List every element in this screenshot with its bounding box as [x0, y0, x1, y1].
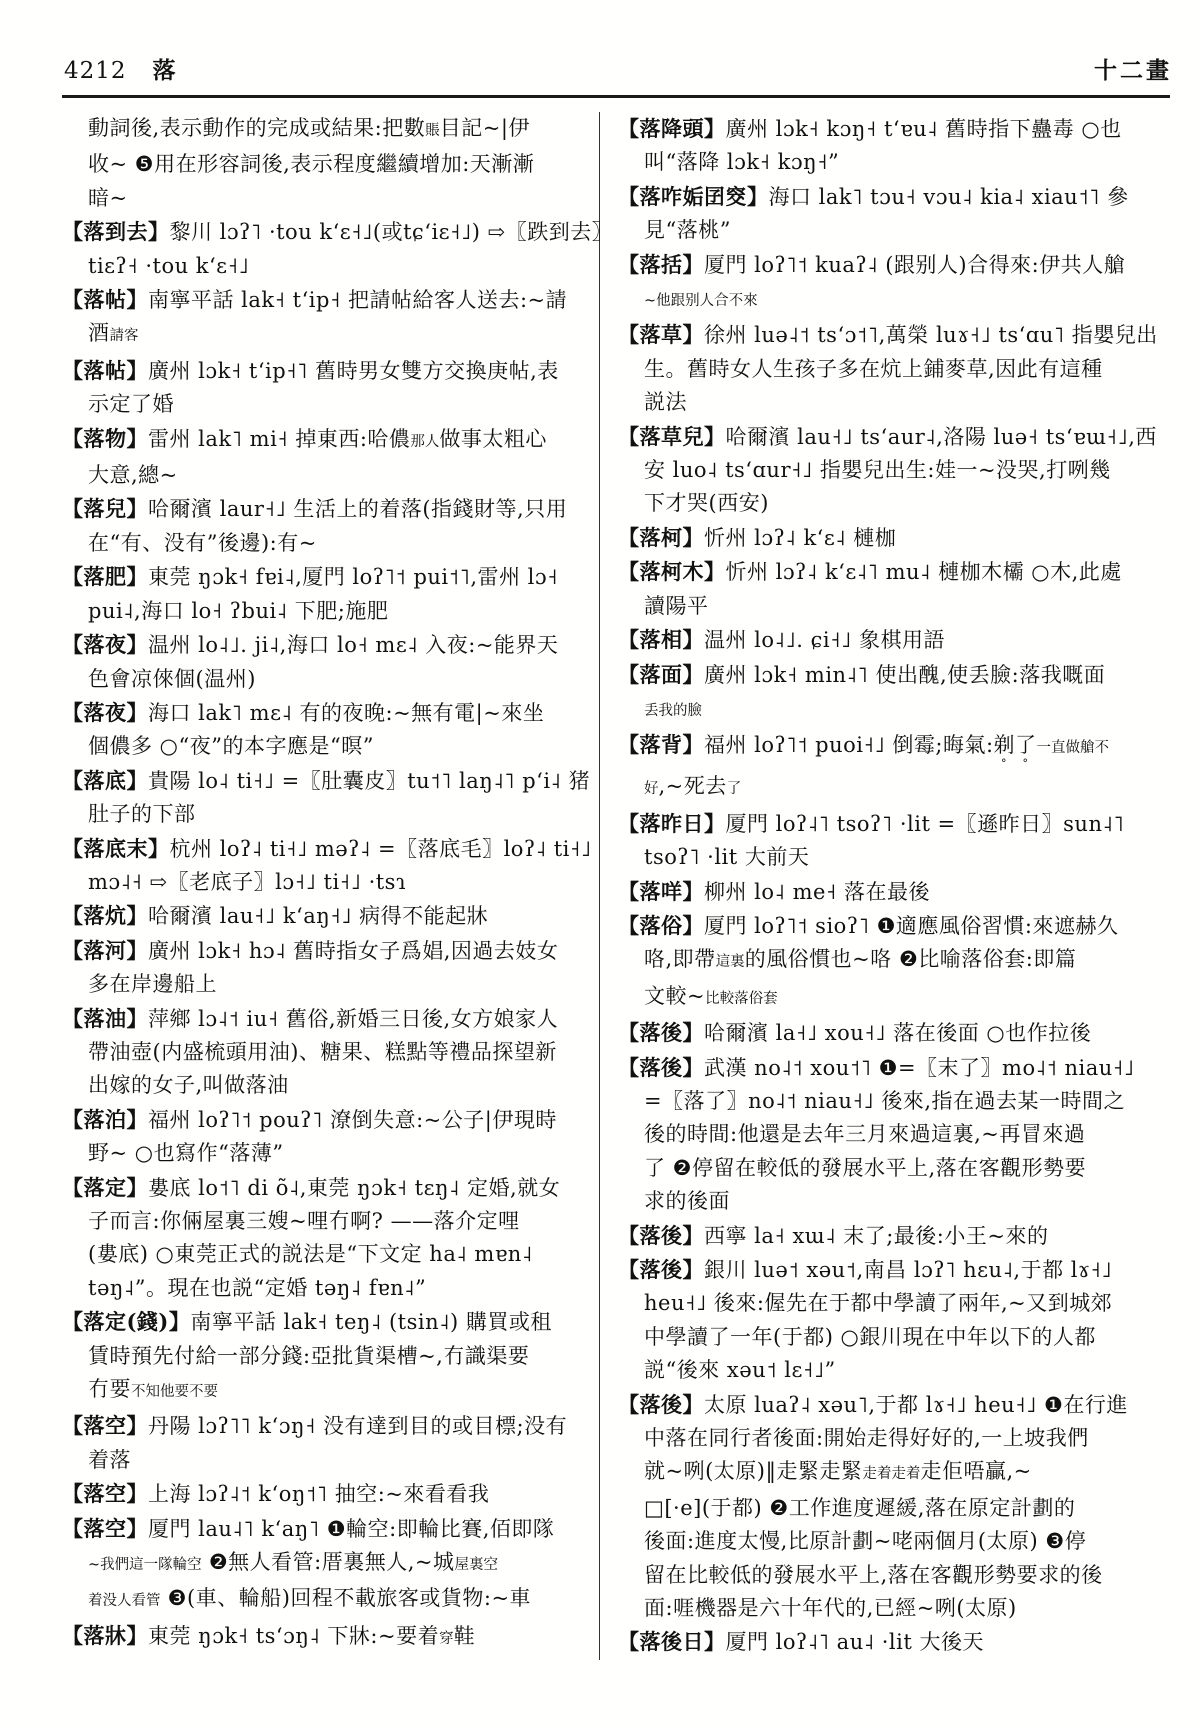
entry-line: 叫“落降 lɔk˧ kɔŋ˧”: [618, 146, 1138, 179]
entry-line: ~他跟别人合不來: [618, 282, 1138, 318]
stroke-count-label: 十二畫: [1094, 52, 1172, 85]
entry-line: 【落肥】東莞 ŋɔk˧ fɐi˨,厦門 loʔ˥˦ pui˦˥,雷州 lɔ˧: [62, 560, 586, 594]
entry-line: 【落物】雷州 lak˥ mi˧ 掉東西:哈儂那人做事太粗心: [62, 422, 586, 459]
entry-line: 後的時間:他還是去年三月來過這裏,~再冒來過: [618, 1118, 1138, 1151]
entry-line: 中落在同行者後面:開始走得好好的,一上坡我們: [618, 1422, 1138, 1455]
entry-text: ❷無人看管:厝裏無人,~城: [202, 1550, 455, 1574]
entry-line: 着落: [62, 1444, 586, 1477]
entry-text: 下才哭(西安): [644, 491, 769, 515]
entry-headword: 【落降頭】: [618, 116, 726, 141]
entry-text: =〖落了〗no˨˦ niau˧˩ 後來,指在過去某一時間之: [644, 1089, 1125, 1113]
entry-text: 剃了: [994, 733, 1037, 757]
dictionary-entry: 動詞後,表示動作的完成或結果:把數賬目記~|伊收~ ❺用在形容詞後,表示程度繼續…: [62, 112, 586, 215]
entry-line: 個儂多 ○“夜”的本字應是“暝”: [62, 730, 586, 763]
entry-line: 冇要不知他要不要: [62, 1373, 586, 1409]
entry-line: 示定了婚: [62, 388, 586, 421]
entry-text: 出嫁的女子,叫做落油: [88, 1073, 289, 1097]
text-columns: 動詞後,表示動作的完成或結果:把數賬目記~|伊收~ ❺用在形容詞後,表示程度繼續…: [62, 112, 1170, 1660]
entry-text: 中落在同行者後面:開始走得好好的,一上坡我們: [644, 1426, 1089, 1450]
entry-line: heu˧˩ 後來:偓先在于都中學讀了兩年,~又到城郊: [618, 1287, 1138, 1320]
dictionary-entry: 【落後】銀川 luə˦ xəu˦,南昌 lɔʔ˥ hɛu˨,于都 lɤ˧˩heu…: [618, 1253, 1138, 1388]
entry-line: 【落空】上海 lɔʔ˨˦ kʻoŋ˦˥ 抽空:~來看看我: [62, 1477, 586, 1511]
dictionary-entry: 【落咩】柳州 lo˨ me˧ 落在最後: [618, 875, 1138, 909]
entry-text: 温州 lo˨˩. ɕi˧˩ 象棋用語: [704, 628, 945, 652]
entry-text: 南寧平話 lak˧ teŋ˨ (tsin˨) 購買或租: [190, 1310, 551, 1334]
entry-line: 着没人看管 ❸(車、輪船)回程不載旅客或貨物:~車: [62, 1582, 586, 1618]
entry-line: 【落後】武漢 no˨˦ xou˦˥ ❶=〖末了〗mo˨˦ niau˧˩: [618, 1051, 1138, 1085]
entry-line: 色會凉倈個(温州): [62, 663, 586, 696]
entry-text: 帶油壺(内盛梳頭用油)、糖果、糕點等禮品探望新: [88, 1040, 557, 1064]
dictionary-entry: 【落泊】福州 loʔ˥˦ pouʔ˥ 潦倒失意:~公子|伊現時野~ ○也寫作“落…: [62, 1103, 586, 1171]
entry-text: 哈爾濱 lau˧˩ kʻaŋ˧˩ 病得不能起牀: [148, 904, 488, 928]
entry-line: 【落後日】厦門 loʔ˨˥ au˨ ·lit 大後天: [618, 1625, 1138, 1659]
entry-text: mɔ˨˧ ⇨〖老底子〗lɔ˧˩ ti˧˩ ·tsɿ: [88, 870, 406, 894]
dictionary-entry: 【落空】上海 lɔʔ˨˦ kʻoŋ˦˥ 抽空:~來看看我: [62, 1477, 586, 1511]
entry-text: 福州 loʔ˥˦ puoi˧˩ 倒霉;晦氣:: [704, 733, 994, 757]
entry-line: 【落帖】廣州 lɔk˧ tʻip˧˥ 舊時男女雙方交換庚帖,表: [62, 354, 586, 388]
entry-text: 叫“落降 lɔk˧ kɔŋ˧”: [644, 150, 839, 174]
gloss-small-text: 好: [644, 781, 659, 797]
dictionary-entry: 【落後】太原 luaʔ˨ xəu˥,于都 lɤ˧˩ heu˧˩ ❶在行進中落在同…: [618, 1388, 1138, 1626]
entry-line: 在“有、没有”後邊):有~: [62, 527, 586, 560]
entry-headword: 【落草兒】: [618, 424, 726, 449]
entry-line: 【落定】婁底 lo˦˥ di õ˨,東莞 ŋɔk˧ tɛŋ˨ 定婚,就女: [62, 1171, 586, 1205]
entry-headword: 【落後】: [618, 1392, 704, 1417]
entry-line: □[·e](于都) ❷工作進度遲緩,落在原定計劃的: [618, 1492, 1138, 1525]
entry-line: 【落降頭】廣州 lɔk˧ kɔŋ˧ tʻɐu˨ 舊時指下蠱毒 ○也: [618, 112, 1138, 146]
entry-headword: 【落昨日】: [618, 811, 726, 836]
entry-line: 求的後面: [618, 1185, 1138, 1218]
entry-text: 了 ❷停留在較低的發展水平上,落在客觀形勢要: [644, 1156, 1086, 1180]
entry-text: 子而言:你倆屋裏三嫂~哩冇啊? ——落介定哩: [88, 1209, 520, 1233]
entry-line: təŋ˨”。現在也説“定婚 təŋ˨ fɐn˨”: [62, 1272, 586, 1305]
entry-text: ,~死去: [659, 774, 727, 798]
entry-line: 安 luo˨ tsʻɑur˧˩ 指嬰兒出生:娃一~没哭,打咧幾: [618, 454, 1138, 487]
dictionary-entry: 【落底】貴陽 lo˨ ti˧˩ =〖肚囊皮〗tu˦˥ laŋ˨˥ pʻi˨ 猪肚…: [62, 764, 586, 832]
entry-headword: 【落相】: [618, 627, 704, 652]
entry-text: 東莞 ŋɔk˧ fɐi˨,厦門 loʔ˥˦ pui˦˥,雷州 lɔ˧: [148, 565, 558, 589]
entry-line: 後面:進度太慢,比原計劃~咾兩個月(太原) ❸停: [618, 1525, 1138, 1558]
entry-headword: 【落俗】: [618, 913, 704, 938]
entry-line: 暗~: [62, 182, 586, 215]
gloss-small-text: 不知他要不要: [131, 1384, 218, 1400]
entry-line: 賃時預先付給一部分錢:亞批貨渠槽~,冇識渠要: [62, 1340, 586, 1373]
entry-line: 【落底末】杭州 loʔ˨ ti˧˩ məʔ˨ =〖落底毛〗loʔ˨ ti˧˩: [62, 832, 586, 866]
entry-line: 讀陽平: [618, 590, 1138, 623]
entry-headword: 【落草】: [618, 322, 704, 347]
dictionary-entry: 【落後日】厦門 loʔ˨˥ au˨ ·lit 大後天: [618, 1625, 1138, 1659]
entry-text: 厦門 lau˨˥ kʻaŋ˥ ❶輪空:即輪比賽,佰即隊: [148, 1517, 554, 1541]
entry-text: 忻州 lɔʔ˨ kʻɛ˨ 槤枷: [704, 526, 896, 550]
entry-text: 西寧 la˧ xɯ˨ 末了;最後:小王~來的: [704, 1224, 1048, 1248]
dictionary-entry: 【落到去】黎川 lɔʔ˥ ·tou kʻɛ˧˩(或tɕʻiɛ˧˩) ⇨〖跌到去〗…: [62, 215, 586, 283]
entry-headword: 【落空】: [62, 1481, 148, 1506]
dictionary-page: 4212 落 十二畫 動詞後,表示動作的完成或結果:把數賬目記~|伊收~ ❺用在…: [0, 0, 1200, 1724]
entry-text: 着落: [88, 1448, 131, 1472]
gloss-small-text: ~他跟别人合不來: [644, 293, 758, 309]
entry-headword: 【落背】: [618, 732, 704, 757]
entry-text: 徐州 luə˨˦ tsʻɔ˦˥,萬榮 luɤ˧˩ tsʻɑu˥ 指嬰兒出: [704, 323, 1158, 347]
dictionary-entry: 【落草兒】哈爾濱 lau˧˩ tsʻaur˨,洛陽 luə˧ tsʻɐɯ˧˩,西…: [618, 420, 1138, 521]
entry-text: 哈爾濱 laur˧˩ 生活上的着落(指錢財等,只用: [148, 497, 567, 521]
dictionary-entry: 【落夜】温州 lo˨˩. ji˨,海口 lo˧ mɛ˨ 入夜:~能界天色會凉倈個…: [62, 628, 586, 696]
entry-text: 厦門 loʔ˥˦ sioʔ˥ ❶適應風俗習慣:來遮赫久: [704, 914, 1119, 938]
entry-text: 太原 luaʔ˨ xəu˥,于都 lɤ˧˩ heu˧˩ ❶在行進: [704, 1393, 1128, 1417]
entry-headword: 【落咩】: [618, 879, 704, 904]
entry-text: 中學讀了一年(于都) ○銀川現在中年以下的人都: [644, 1325, 1096, 1349]
entry-headword: 【落牀】: [62, 1623, 148, 1648]
entry-headword: 【落空】: [62, 1413, 148, 1438]
entry-text: 海口 lak˥ tɔu˧ vɔu˨ kia˨ xiau˦˥ 參: [769, 185, 1129, 209]
dictionary-entry: 【落炕】哈爾濱 lau˧˩ kʻaŋ˧˩ 病得不能起牀: [62, 899, 586, 933]
entry-line: 【落空】厦門 lau˨˥ kʻaŋ˥ ❶輪空:即輪比賽,佰即隊: [62, 1512, 586, 1546]
gloss-small-text: 比較落俗套: [705, 991, 778, 1007]
entry-text: 野~ ○也寫作“落薄”: [88, 1141, 284, 1165]
entry-text: 貴陽 lo˨ ti˧˩ =〖肚囊皮〗tu˦˥ laŋ˨˥ pʻi˨ 猪: [148, 769, 590, 793]
entry-text: 目記~|伊: [440, 116, 530, 140]
entry-text: 求的後面: [644, 1189, 730, 1213]
entry-headword: 【落帖】: [62, 287, 148, 312]
entry-text: 文較~: [644, 984, 705, 1008]
entry-text: 個儂多 ○“夜”的本字應是“暝”: [88, 734, 374, 758]
dictionary-entry: 【落油】萍鄉 lɔ˨˦ iu˧ 舊俗,新婚三日後,女方娘家人帶油壺(内盛梳頭用油…: [62, 1002, 586, 1103]
dictionary-entry: 【落柯】忻州 lɔʔ˨ kʻɛ˨ 槤枷: [618, 521, 1138, 555]
entry-line: 丢我的臉: [618, 692, 1138, 728]
entry-text: 鞋: [454, 1624, 476, 1648]
entry-line: 咯,即帶這裏的風俗慣也~咯 ❷比喻落俗套:即篇: [618, 943, 1138, 979]
entry-text: pui˨,海口 lo˧ ʔbui˨ 下肥;施肥: [88, 599, 388, 623]
entry-headword: 【落後】: [618, 1223, 704, 1248]
entry-text: 暗~: [88, 186, 128, 210]
entry-line: 見“落桃”: [618, 214, 1138, 247]
entry-text: 廣州 lɔk˧ hɔ˨ 舊時指女子爲娼,因過去妓女: [148, 939, 558, 963]
entry-text: 在“有、没有”後邊):有~: [88, 531, 317, 555]
entry-line: 【落空】丹陽 lɔʔ˥˥ kʻɔŋ˧ 没有達到目的或目標;没有: [62, 1409, 586, 1443]
entry-line: 留在比較低的發展水平上,落在客觀形勢要求的後: [618, 1559, 1138, 1592]
entry-headword: 【落底】: [62, 768, 148, 793]
entry-text: 説法: [644, 390, 687, 414]
entry-text: 黎川 lɔʔ˥ ·tou kʻɛ˧˩(或tɕʻiɛ˧˩) ⇨〖跌到去〗: [170, 220, 614, 244]
entry-headword: 【落炕】: [62, 903, 148, 928]
gloss-small-text: 那人: [410, 434, 439, 450]
entry-text: 柳州 lo˨ me˧ 落在最後: [704, 880, 930, 904]
entry-text: ❸(車、輪船)回程不載旅客或貨物:~車: [161, 1586, 532, 1610]
dictionary-entry: 【落後】武漢 no˨˦ xou˦˥ ❶=〖末了〗mo˨˦ niau˧˩=〖落了〗…: [618, 1051, 1138, 1219]
dictionary-entry: 【落草】徐州 luə˨˦ tsʻɔ˦˥,萬榮 luɤ˧˩ tsʻɑu˥ 指嬰兒出…: [618, 318, 1138, 419]
entry-line: 説“後來 xəu˦ lɛ˧˩”: [618, 1354, 1138, 1387]
gloss-small-text: 賬: [425, 123, 440, 139]
entry-text: 福州 loʔ˥˦ pouʔ˥ 潦倒失意:~公子|伊現時: [148, 1108, 557, 1132]
gloss-small-text: 着没人看管: [88, 1593, 161, 1609]
entry-text: 示定了婚: [88, 392, 174, 416]
entry-headword: 【落兒】: [62, 496, 148, 521]
entry-line: 【落咩】柳州 lo˨ me˧ 落在最後: [618, 875, 1138, 909]
entry-headword: 【落咋姤囝窔】: [618, 184, 769, 209]
entry-line: 就~咧(太原)‖走緊走緊走着走着走佢唔贏,~: [618, 1455, 1138, 1491]
entry-text: 賃時預先付給一部分錢:亞批貨渠槽~,冇識渠要: [88, 1344, 529, 1368]
gloss-small-text: ~我們這一隊輪空: [88, 1557, 202, 1573]
entry-headword: 【落底末】: [62, 836, 170, 861]
entry-text: 銀川 luə˦ xəu˦,南昌 lɔʔ˥ hɛu˨,于都 lɤ˧˩: [704, 1258, 1112, 1282]
entry-line: 【落括】厦門 loʔ˥˦ kuaʔ˨ (跟别人)合得來:伊共人艙: [618, 248, 1138, 282]
running-head-left: 4212 落: [64, 52, 176, 85]
entry-line: 【落夜】温州 lo˨˩. ji˨,海口 lo˧ mɛ˨ 入夜:~能界天: [62, 628, 586, 662]
entry-line: 文較~比較落俗套: [618, 980, 1138, 1016]
entry-text: 酒: [88, 321, 110, 345]
entry-line: 面:啀機器是六十年代的,已經~咧(太原): [618, 1592, 1138, 1625]
entry-text: tiɛʔ˧ ·tou kʻɛ˧˩: [88, 254, 249, 278]
entry-line: 【落相】温州 lo˨˩. ɕi˧˩ 象棋用語: [618, 623, 1138, 657]
entry-text: 婁底 lo˦˥ di õ˨,東莞 ŋɔk˧ tɛŋ˨ 定婚,就女: [148, 1176, 560, 1200]
gloss-small-text: 走着走着: [862, 1466, 920, 1482]
dictionary-entry: 【落定(錢)】南寧平話 lak˧ teŋ˨ (tsin˨) 購買或租賃時預先付給…: [62, 1305, 586, 1409]
entry-text: 後面:進度太慢,比原計劃~咾兩個月(太原) ❸停: [644, 1529, 1086, 1553]
entry-text: 色會凉倈個(温州): [88, 667, 256, 691]
dictionary-entry: 【落兒】哈爾濱 laur˧˩ 生活上的着落(指錢財等,只用在“有、没有”後邊):…: [62, 492, 586, 560]
entry-line: tsoʔ˥ ·lit 大前天: [618, 841, 1138, 874]
entry-line: 【落後】哈爾濱 la˧˩ xou˧˩ 落在後面 ○也作拉後: [618, 1016, 1138, 1050]
entry-text: 丹陽 lɔʔ˥˥ kʻɔŋ˧ 没有達到目的或目標;没有: [148, 1414, 567, 1438]
entry-text: 走佢唔贏,~: [920, 1459, 1031, 1483]
entry-text: 留在比較低的發展水平上,落在客觀形勢要求的後: [644, 1563, 1103, 1587]
entry-line: 【落俗】厦門 loʔ˥˦ sioʔ˥ ❶適應風俗習慣:來遮赫久: [618, 909, 1138, 943]
entry-line: 生。舊時女人生孩子多在炕上鋪麥草,因此有這種: [618, 353, 1138, 386]
entry-line: 子而言:你倆屋裏三嫂~哩冇啊? ——落介定哩: [62, 1205, 586, 1238]
entry-headword: 【落柯】: [618, 525, 704, 550]
dictionary-entry: 【落背】福州 loʔ˥˦ puoi˧˩ 倒霉;晦氣:剃了一直做艙不好,~死去了: [618, 728, 1138, 806]
entry-text: 萍鄉 lɔ˨˦ iu˧ 舊俗,新婚三日後,女方娘家人: [148, 1007, 558, 1031]
entry-line: 【落底】貴陽 lo˨ ti˧˩ =〖肚囊皮〗tu˦˥ laŋ˨˥ pʻi˨ 猪: [62, 764, 586, 798]
dictionary-entry: 【落咋姤囝窔】海口 lak˥ tɔu˧ vɔu˨ kia˨ xiau˦˥ 參見“…: [618, 180, 1138, 248]
entry-line: pui˨,海口 lo˧ ʔbui˨ 下肥;施肥: [62, 595, 586, 628]
dictionary-entry: 【落物】雷州 lak˥ mi˧ 掉東西:哈儂那人做事太粗心大意,總~: [62, 422, 586, 493]
entry-headword: 【落河】: [62, 938, 148, 963]
gloss-small-text: 這裏: [716, 954, 745, 970]
entry-text: 杭州 loʔ˨ ti˧˩ məʔ˨ =〖落底毛〗loʔ˨ ti˧˩: [170, 837, 592, 861]
dictionary-entry: 【落帖】南寧平話 lak˧ tʻip˧ 把請帖給客人送去:~請酒請客: [62, 283, 586, 354]
entry-text: 雷州 lak˥ mi˧ 掉東西:哈儂: [148, 427, 410, 451]
entry-line: =〖落了〗no˨˦ niau˧˩ 後來,指在過去某一時間之: [618, 1085, 1138, 1118]
right-column: 【落降頭】廣州 lɔk˧ kɔŋ˧ tʻɐu˨ 舊時指下蠱毒 ○也叫“落降 lɔ…: [600, 112, 1138, 1660]
entry-text: 冇要: [88, 1377, 131, 1401]
entry-line: 【落後】銀川 luə˦ xəu˦,南昌 lɔʔ˥ hɛu˨,于都 lɤ˧˩: [618, 1253, 1138, 1287]
entry-text: □[·e](于都) ❷工作進度遲緩,落在原定計劃的: [644, 1496, 1075, 1520]
entry-headword: 【落物】: [62, 426, 148, 451]
dictionary-entry: 【落空】厦門 lau˨˥ kʻaŋ˥ ❶輪空:即輪比賽,佰即隊~我們這一隊輪空 …: [62, 1512, 586, 1619]
entry-text: 哈爾濱 lau˧˩ tsʻaur˨,洛陽 luə˧ tsʻɐɯ˧˩,西: [726, 425, 1157, 449]
entry-line: 【落牀】東莞 ŋɔk˧ tsʻɔŋ˨ 下牀:~要着穿鞋: [62, 1619, 586, 1656]
entry-text: 肚子的下部: [88, 802, 196, 826]
entry-line: 【落河】廣州 lɔk˧ hɔ˨ 舊時指女子爲娼,因過去妓女: [62, 934, 586, 968]
entry-text: 哈爾濱 la˧˩ xou˧˩ 落在後面 ○也作拉後: [704, 1021, 1091, 1045]
entry-text: 後的時間:他還是去年三月來過這裏,~再冒來過: [644, 1122, 1085, 1146]
entry-headword: 【落定】: [62, 1175, 148, 1200]
entry-text: 厦門 loʔ˨˥ au˨ ·lit 大後天: [726, 1630, 984, 1654]
dictionary-entry: 【落昨日】厦門 loʔ˨˥ tsoʔ˥ ·lit =〖遜昨日〗sun˨˥tsoʔ…: [618, 807, 1138, 875]
entry-text: 動詞後,表示動作的完成或結果:把數: [88, 116, 425, 140]
entry-headword: 【落油】: [62, 1006, 148, 1031]
entry-headword: 【落後】: [618, 1055, 704, 1080]
entry-text: 咯,即帶: [644, 947, 716, 971]
entry-line: 【落柯】忻州 lɔʔ˨ kʻɛ˨ 槤枷: [618, 521, 1138, 555]
dictionary-entry: 【落降頭】廣州 lɔk˧ kɔŋ˧ tʻɐu˨ 舊時指下蠱毒 ○也叫“落降 lɔ…: [618, 112, 1138, 180]
entry-line: 【落咋姤囝窔】海口 lak˥ tɔu˧ vɔu˨ kia˨ xiau˦˥ 參: [618, 180, 1138, 214]
dictionary-entry: 【落空】丹陽 lɔʔ˥˥ kʻɔŋ˧ 没有達到目的或目標;没有着落: [62, 1409, 586, 1477]
entry-line: 動詞後,表示動作的完成或結果:把數賬目記~|伊: [62, 112, 586, 148]
dictionary-entry: 【落帖】廣州 lɔk˧ tʻip˧˥ 舊時男女雙方交換庚帖,表示定了婚: [62, 354, 586, 422]
dictionary-entry: 【落柯木】忻州 lɔʔ˨ kʻɛ˨˥ mu˨ 槤枷木欛 ○木,此處讀陽平: [618, 555, 1138, 623]
entry-line: 【落泊】福州 loʔ˥˦ pouʔ˥ 潦倒失意:~公子|伊現時: [62, 1103, 586, 1137]
running-head: 4212 落 十二畫: [62, 52, 1176, 95]
entry-line: 【落炕】哈爾濱 lau˧˩ kʻaŋ˧˩ 病得不能起牀: [62, 899, 586, 933]
entry-line: 【落背】福州 loʔ˥˦ puoi˧˩ 倒霉;晦氣:剃了一直做艙不: [618, 728, 1138, 770]
entry-line: 【落夜】海口 lak˥ mɛ˨ 有的夜晚:~無有電|~來坐: [62, 696, 586, 730]
entry-text: 做事太粗心: [439, 427, 547, 451]
entry-headword: 【落面】: [618, 662, 704, 687]
entry-text: 厦門 loʔ˨˥ tsoʔ˥ ·lit =〖遜昨日〗sun˨˥: [726, 812, 1125, 836]
entry-line: 【落草兒】哈爾濱 lau˧˩ tsʻaur˨,洛陽 luə˧ tsʻɐɯ˧˩,西: [618, 420, 1138, 454]
entry-headword: 【落柯木】: [618, 559, 726, 584]
entry-text: heu˧˩ 後來:偓先在于都中學讀了兩年,~又到城郊: [644, 1291, 1112, 1315]
entry-line: 酒請客: [62, 317, 586, 353]
gloss-small-text: 丢我的臉: [644, 703, 702, 719]
dictionary-entry: 【落括】厦門 loʔ˥˦ kuaʔ˨ (跟别人)合得來:伊共人艙~他跟别人合不來: [618, 248, 1138, 319]
entry-text: təŋ˨”。現在也説“定婚 təŋ˨ fɐn˨”: [88, 1276, 426, 1300]
entry-headword: 【落括】: [618, 252, 704, 277]
entry-text: 忻州 lɔʔ˨ kʻɛ˨˥ mu˨ 槤枷木欛 ○木,此處: [726, 560, 1122, 584]
entry-headword: 【落到去】: [62, 219, 170, 244]
entry-text: 海口 lak˥ mɛ˨ 有的夜晚:~無有電|~來坐: [148, 701, 544, 725]
entry-headword: 【落肥】: [62, 564, 148, 589]
entry-line: ~我們這一隊輪空 ❷無人看管:厝裏無人,~城屋裏空: [62, 1546, 586, 1582]
entry-line: 【落油】萍鄉 lɔ˨˦ iu˧ 舊俗,新婚三日後,女方娘家人: [62, 1002, 586, 1036]
entry-text: 上海 lɔʔ˨˦ kʻoŋ˦˥ 抽空:~來看看我: [148, 1482, 489, 1506]
entry-text: 廣州 lɔk˧ tʻip˧˥ 舊時男女雙方交換庚帖,表: [148, 359, 559, 383]
dictionary-entry: 【落面】廣州 lɔk˧ min˨˥ 使出醜,使丢臉:落我嘅面丢我的臉: [618, 658, 1138, 729]
dictionary-entry: 【落俗】厦門 loʔ˥˦ sioʔ˥ ❶適應風俗習慣:來遮赫久咯,即帶這裏的風俗…: [618, 909, 1138, 1016]
page-number: 4212: [64, 58, 127, 84]
entry-headword: 【落後日】: [618, 1629, 726, 1654]
left-column: 動詞後,表示動作的完成或結果:把數賬目記~|伊收~ ❺用在形容詞後,表示程度繼續…: [62, 112, 600, 1660]
entry-text: 多在岸邊船上: [88, 972, 217, 996]
entry-text: 讀陽平: [644, 594, 709, 618]
entry-line: 【落草】徐州 luə˨˦ tsʻɔ˦˥,萬榮 luɤ˧˩ tsʻɑu˥ 指嬰兒出: [618, 318, 1138, 352]
entry-headword: 【落帖】: [62, 358, 148, 383]
entry-line: 了 ❷停留在較低的發展水平上,落在客觀形勢要: [618, 1152, 1138, 1185]
entry-line: 【落後】太原 luaʔ˨ xəu˥,于都 lɤ˧˩ heu˧˩ ❶在行進: [618, 1388, 1138, 1422]
entry-line: 野~ ○也寫作“落薄”: [62, 1137, 586, 1170]
entry-line: 多在岸邊船上: [62, 968, 586, 1001]
dictionary-entry: 【落牀】東莞 ŋɔk˧ tsʻɔŋ˨ 下牀:~要着穿鞋: [62, 1619, 586, 1656]
entry-text: 廣州 lɔk˧ min˨˥ 使出醜,使丢臉:落我嘅面: [704, 663, 1105, 687]
entry-line: 【落到去】黎川 lɔʔ˥ ·tou kʻɛ˧˩(或tɕʻiɛ˧˩) ⇨〖跌到去〗: [62, 215, 586, 249]
entry-text: 就~咧(太原)‖走緊走緊: [644, 1459, 862, 1483]
entry-text: 面:啀機器是六十年代的,已經~咧(太原): [644, 1596, 1017, 1620]
dictionary-entry: 【落夜】海口 lak˥ mɛ˨ 有的夜晚:~無有電|~來坐個儂多 ○“夜”的本字…: [62, 696, 586, 764]
entry-text: 生。舊時女人生孩子多在炕上鋪麥草,因此有這種: [644, 357, 1103, 381]
entry-line: 收~ ❺用在形容詞後,表示程度繼續增加:天漸漸: [62, 148, 586, 181]
entry-text: (婁底) ○東莞正式的説法是“下文定 ha˨ mɐn˨: [88, 1242, 533, 1266]
entry-text: 南寧平話 lak˧ tʻip˧ 把請帖給客人送去:~請: [148, 288, 567, 312]
entry-text: 武漢 no˨˦ xou˦˥ ❶=〖末了〗mo˨˦ niau˧˩: [704, 1056, 1135, 1080]
dictionary-entry: 【落底末】杭州 loʔ˨ ti˧˩ məʔ˨ =〖落底毛〗loʔ˨ ti˧˩mɔ…: [62, 832, 586, 900]
entry-line: 好,~死去了: [618, 770, 1138, 806]
entry-line: 【落帖】南寧平話 lak˧ tʻip˧ 把請帖給客人送去:~請: [62, 283, 586, 317]
entry-headword: 【落泊】: [62, 1107, 148, 1132]
entry-headword: 【落後】: [618, 1257, 704, 1282]
entry-text: 見“落桃”: [644, 218, 731, 242]
entry-line: 肚子的下部: [62, 798, 586, 831]
entry-line: 【落面】廣州 lɔk˧ min˨˥ 使出醜,使丢臉:落我嘅面: [618, 658, 1138, 692]
entry-text: 厦門 loʔ˥˦ kuaʔ˨ (跟别人)合得來:伊共人艙: [704, 253, 1125, 277]
entry-text: 説“後來 xəu˦ lɛ˧˩”: [644, 1358, 836, 1382]
entry-headword: 【落空】: [62, 1516, 148, 1541]
entry-line: 説法: [618, 386, 1138, 419]
entry-line: 【落昨日】厦門 loʔ˨˥ tsoʔ˥ ·lit =〖遜昨日〗sun˨˥: [618, 807, 1138, 841]
entry-line: 大意,總~: [62, 459, 586, 492]
gloss-small-text: 屋裏空: [455, 1557, 499, 1573]
dictionary-entry: 【落後】西寧 la˧ xɯ˨ 末了;最後:小王~來的: [618, 1219, 1138, 1253]
entry-line: 中學讀了一年(于都) ○銀川現在中年以下的人都: [618, 1321, 1138, 1354]
entry-text: 温州 lo˨˩. ji˨,海口 lo˧ mɛ˨ 入夜:~能界天: [148, 633, 558, 657]
dictionary-entry: 【落河】廣州 lɔk˧ hɔ˨ 舊時指女子爲娼,因過去妓女多在岸邊船上: [62, 934, 586, 1002]
entry-headword: 【落夜】: [62, 632, 148, 657]
entry-line: tiɛʔ˧ ·tou kʻɛ˧˩: [62, 250, 586, 283]
section-headword: 落: [153, 52, 176, 85]
entry-text: 東莞 ŋɔk˧ tsʻɔŋ˨ 下牀:~要着: [148, 1624, 439, 1648]
dictionary-entry: 【落肥】東莞 ŋɔk˧ fɐi˨,厦門 loʔ˥˦ pui˦˥,雷州 lɔ˧pu…: [62, 560, 586, 628]
entry-line: 【落後】西寧 la˧ xɯ˨ 末了;最後:小王~來的: [618, 1219, 1138, 1253]
entry-line: 【落定(錢)】南寧平話 lak˧ teŋ˨ (tsin˨) 購買或租: [62, 1305, 586, 1339]
entry-line: 【落兒】哈爾濱 laur˧˩ 生活上的着落(指錢財等,只用: [62, 492, 586, 526]
entry-line: (婁底) ○東莞正式的説法是“下文定 ha˨ mɐn˨: [62, 1238, 586, 1271]
header-rule: [62, 95, 1170, 98]
entry-line: 出嫁的女子,叫做落油: [62, 1069, 586, 1102]
entry-headword: 【落後】: [618, 1020, 704, 1045]
entry-text: 廣州 lɔk˧ kɔŋ˧ tʻɐu˨ 舊時指下蠱毒 ○也: [726, 117, 1122, 141]
gloss-small-text: 了: [727, 781, 742, 797]
gloss-small-text: 請客: [110, 328, 139, 344]
entry-headword: 【落定(錢)】: [62, 1309, 190, 1334]
entry-line: 【落柯木】忻州 lɔʔ˨ kʻɛ˨˥ mu˨ 槤枷木欛 ○木,此處: [618, 555, 1138, 589]
dictionary-entry: 【落後】哈爾濱 la˧˩ xou˧˩ 落在後面 ○也作拉後: [618, 1016, 1138, 1050]
entry-text: 安 luo˨ tsʻɑur˧˩ 指嬰兒出生:娃一~没哭,打咧幾: [644, 458, 1111, 482]
gloss-small-text: 穿: [439, 1631, 454, 1647]
entry-text: 大意,總~: [88, 463, 178, 487]
entry-text: 的風俗慣也~咯 ❷比喻落俗套:即篇: [745, 947, 1077, 971]
entry-line: mɔ˨˧ ⇨〖老底子〗lɔ˧˩ ti˧˩ ·tsɿ: [62, 866, 586, 899]
dictionary-entry: 【落相】温州 lo˨˩. ɕi˧˩ 象棋用語: [618, 623, 1138, 657]
entry-text: 收~ ❺用在形容詞後,表示程度繼續增加:天漸漸: [88, 152, 534, 176]
entry-headword: 【落夜】: [62, 700, 148, 725]
entry-line: 下才哭(西安): [618, 487, 1138, 520]
entry-line: 帶油壺(内盛梳頭用油)、糖果、糕點等禮品探望新: [62, 1036, 586, 1069]
gloss-small-text: 一直做艙不: [1037, 740, 1110, 756]
dictionary-entry: 【落定】婁底 lo˦˥ di õ˨,東莞 ŋɔk˧ tɛŋ˨ 定婚,就女子而言:…: [62, 1171, 586, 1306]
entry-text: tsoʔ˥ ·lit 大前天: [644, 845, 809, 869]
